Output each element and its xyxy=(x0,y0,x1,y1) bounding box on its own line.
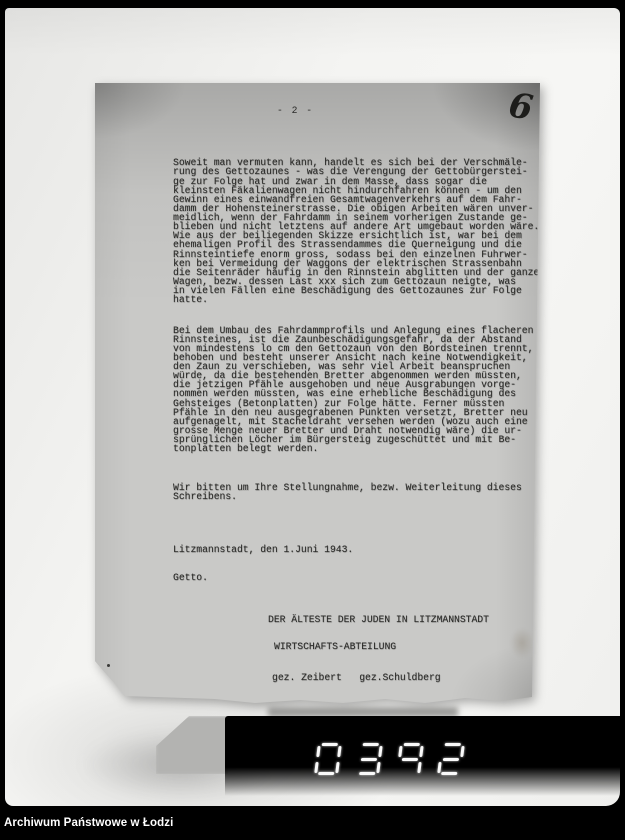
signatures-line: gez. Zeibert gez.Schuldberg xyxy=(173,673,547,682)
digit-segment xyxy=(314,762,318,773)
paragraph: Soweit man vermuten kann, handelt es sic… xyxy=(173,158,547,304)
counter-digit xyxy=(313,743,343,775)
document-page-wrap: - 2 - 6 Soweit man vermuten kann, handel… xyxy=(95,83,540,703)
handwritten-foliation-number: 6 xyxy=(506,85,536,128)
archive-name: Archiwum Państwowe w Łodzi xyxy=(0,817,173,829)
counter-digit xyxy=(354,743,384,775)
digit-segment xyxy=(417,762,421,773)
organization-department-line: WIRTSCHAFTS-ABTEILUNG xyxy=(173,642,547,651)
digit-segment xyxy=(335,762,339,773)
paper-stain xyxy=(510,628,534,658)
page-number: - 2 - xyxy=(277,105,314,116)
digit-segment xyxy=(361,758,377,761)
digit-segment xyxy=(443,758,459,761)
digit-segment xyxy=(441,772,457,775)
digit-segment xyxy=(437,762,441,773)
counter-digit xyxy=(436,743,466,775)
digit-segment xyxy=(398,746,402,757)
paragraph: Bei dem Umbau des Fahrdammprofils und An… xyxy=(173,326,547,454)
archive-watermark-band: Archiwum Państwowe w Łodzi xyxy=(0,806,625,840)
digit-segment xyxy=(337,746,341,757)
digit-segment xyxy=(359,772,375,775)
digit-segment xyxy=(445,743,461,746)
seven-segment-counter xyxy=(313,743,466,775)
digit-segment xyxy=(316,746,320,757)
archival-scan-viewer: - 2 - 6 Soweit man vermuten kann, handel… xyxy=(0,0,625,840)
digit-segment xyxy=(322,743,338,746)
place-date-line: Litzmannstadt, den 1.Juni 1943. xyxy=(173,545,547,554)
digit-segment xyxy=(376,762,380,773)
organization-name-line: DER ÄLTESTE DER JUDEN IN LITZMANNSTADT xyxy=(173,615,547,624)
digit-segment xyxy=(460,746,464,757)
digit-segment xyxy=(363,743,379,746)
digit-segment xyxy=(419,746,423,757)
document-page: - 2 - 6 Soweit man vermuten kann, handel… xyxy=(95,83,540,703)
counter-digit xyxy=(395,743,425,775)
getto-line: Getto. xyxy=(173,573,547,582)
frame-counter-display xyxy=(225,716,625,796)
digit-segment xyxy=(378,746,382,757)
digit-segment xyxy=(402,758,418,761)
photo-print: - 2 - 6 Soweit man vermuten kann, handel… xyxy=(5,8,620,806)
digit-segment xyxy=(404,743,420,746)
paragraph: Wir bitten um Ihre Stellungnahme, bezw. … xyxy=(173,483,547,501)
folded-corner xyxy=(95,657,129,701)
ink-speck xyxy=(107,664,110,667)
digit-segment xyxy=(318,772,334,775)
